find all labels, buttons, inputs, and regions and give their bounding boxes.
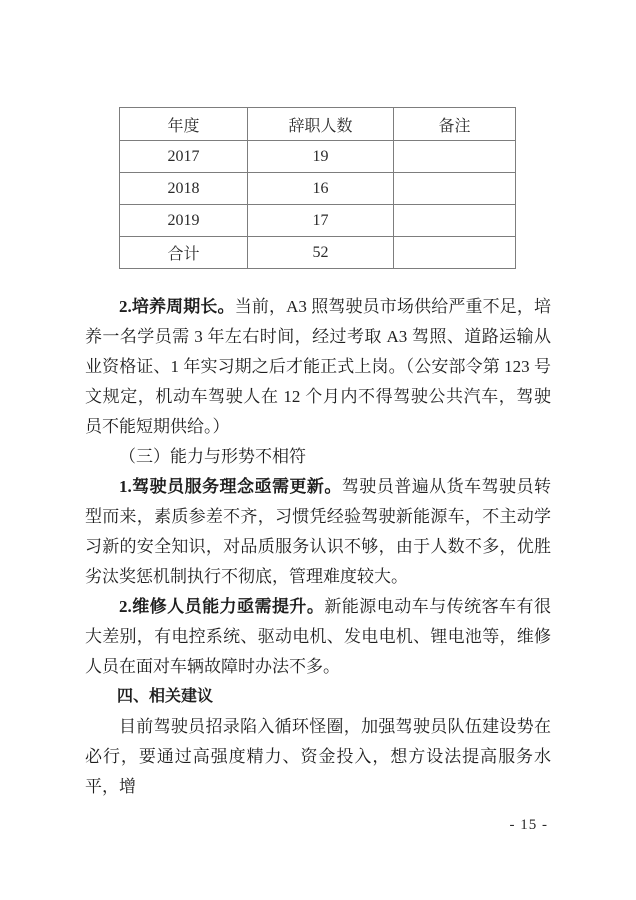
cell-note — [394, 173, 516, 205]
cell-note — [394, 205, 516, 237]
table-header-row: 年度 辞职人数 备注 — [120, 108, 516, 141]
paragraph-driver-concept: 1.驾驶员服务理念亟需更新。驾驶员普遍从货车驾驶员转型而来，素质参差不齐，习惯凭… — [85, 472, 551, 592]
cell-year: 2018 — [120, 173, 248, 205]
paragraph-lead: 2.维修人员能力亟需提升。 — [119, 597, 324, 616]
cell-note — [394, 141, 516, 173]
cell-year: 2019 — [120, 205, 248, 237]
table-row: 2019 17 — [120, 205, 516, 237]
document-page: 年度 辞职人数 备注 2017 19 2018 16 2019 17 — [0, 0, 636, 900]
paragraph-lead: 2.培养周期长。 — [119, 297, 235, 316]
table-header-year: 年度 — [120, 108, 248, 141]
table-header-resign-count: 辞职人数 — [248, 108, 394, 141]
table-row-total: 合计 52 — [120, 237, 516, 269]
paragraph-suggestion: 目前驾驶员招录陷入循环怪圈，加强驾驶员队伍建设势在必行，要通过高强度精力、资金投… — [85, 712, 551, 802]
cell-count: 16 — [248, 173, 394, 205]
cell-note — [394, 237, 516, 269]
cell-count: 17 — [248, 205, 394, 237]
cell-count: 19 — [248, 141, 394, 173]
paragraph-maintenance-ability: 2.维修人员能力亟需提升。新能源电动车与传统客车有很大差别，有电控系统、驱动电机… — [85, 592, 551, 682]
table-header-note: 备注 — [394, 108, 516, 141]
table-row: 2017 19 — [120, 141, 516, 173]
document-body: 2.培养周期长。当前，A3 照驾驶员市场供给严重不足，培养一名学员需 3 年左右… — [85, 292, 551, 802]
resignation-table: 年度 辞职人数 备注 2017 19 2018 16 2019 17 — [119, 107, 516, 269]
paragraph-training-cycle: 2.培养周期长。当前，A3 照驾驶员市场供给严重不足，培养一名学员需 3 年左右… — [85, 292, 551, 442]
heading-section-4: 四、相关建议 — [85, 682, 551, 712]
cell-total-count: 52 — [248, 237, 394, 269]
table-row: 2018 16 — [120, 173, 516, 205]
page-number: - 15 - — [510, 817, 549, 834]
heading-section-3: （三）能力与形势不相符 — [85, 442, 551, 472]
paragraph-lead: 1.驾驶员服务理念亟需更新。 — [119, 477, 342, 496]
paragraph-text: 当前，A3 照驾驶员市场供给严重不足，培养一名学员需 3 年左右时间，经过考取 … — [85, 297, 551, 436]
cell-total-label: 合计 — [120, 237, 248, 269]
cell-year: 2017 — [120, 141, 248, 173]
